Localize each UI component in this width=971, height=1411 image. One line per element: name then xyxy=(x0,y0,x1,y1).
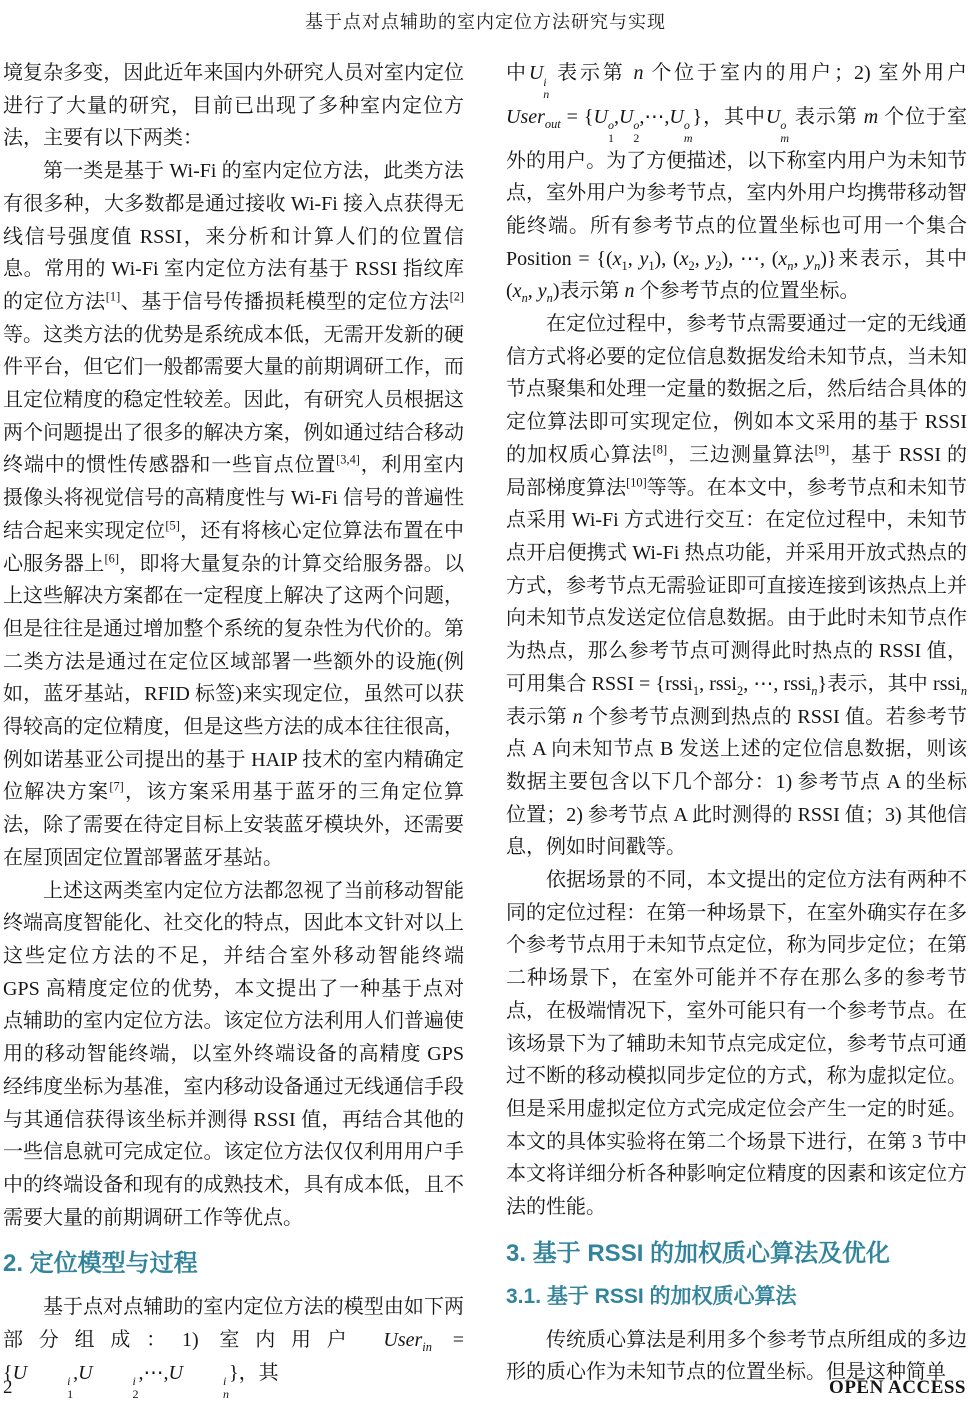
math-variable: m xyxy=(864,106,878,128)
section-heading: 3. 基于 RSSI 的加权质心算法及优化 xyxy=(506,1239,967,1269)
math-token: y2 xyxy=(706,248,721,270)
paragraph: 上述这两类室内定位方法都忽视了当前移动智能终端高度智能化、社交化的特点，因此本文… xyxy=(3,875,464,1235)
math-token: yn xyxy=(538,280,553,302)
math-token: x2 xyxy=(680,248,695,270)
citation-ref: [8] xyxy=(653,442,667,456)
math-token: Userin xyxy=(383,1329,432,1351)
paragraph: 基于点对点辅助的室内定位方法的模型由如下两部分组成：1) 室内用户 Userin… xyxy=(3,1291,464,1400)
math-token: xn xyxy=(513,280,528,302)
math-variable: n xyxy=(625,280,635,302)
math-token: rssi2 xyxy=(709,673,743,695)
math-token: Uin xyxy=(529,62,549,84)
left-column: 境复杂多变，因此近年来国内外研究人员对室内定位进行了大量的研究，目前已出现了多种… xyxy=(3,57,464,1401)
paragraph: 在定位过程中，参考节点需要通过一定的无线通信方式将必要的定位信息数据发给未知节点… xyxy=(506,308,967,864)
open-access-label: OPEN ACCESS xyxy=(829,1377,966,1399)
math-token: x1 xyxy=(613,248,628,270)
citation-ref: [10] xyxy=(626,475,647,489)
paragraph: 中Uin 表示第 n 个位于室内的用户；2) 室外用户 Userout = {U… xyxy=(506,57,967,308)
citation-ref: [5] xyxy=(165,518,179,532)
two-column-layout: 境复杂多变，因此近年来国内外研究人员对室内定位进行了大量的研究，目前已出现了多种… xyxy=(3,57,967,1401)
paragraph: 境复杂多变，因此近年来国内外研究人员对室内定位进行了大量的研究，目前已出现了多种… xyxy=(3,57,464,155)
citation-ref: [2] xyxy=(450,289,464,303)
section-heading: 2. 定位模型与过程 xyxy=(3,1249,464,1279)
math-token: xn xyxy=(778,248,793,270)
citation-ref: [6] xyxy=(105,551,119,565)
math-token: rssi1 xyxy=(665,673,699,695)
math-token: rssin xyxy=(933,673,967,695)
math-token: yn xyxy=(805,248,820,270)
math-token: Uom xyxy=(669,106,692,128)
paper-page: 基于点对点辅助的室内定位方法研究与实现 境复杂多变，因此近年来国内外研究人员对室… xyxy=(0,0,971,1411)
citation-ref: [7] xyxy=(109,780,123,794)
math-variable: n xyxy=(573,706,583,728)
math-variable: n xyxy=(633,62,643,84)
paragraph: 依据场景的不同，本文提出的定位方法有两种不同的定位过程：在第一种场景下，在室外确… xyxy=(506,864,967,1224)
math-token: Uom xyxy=(766,106,789,128)
math-token: Userout xyxy=(506,106,561,128)
math-token: Uin xyxy=(169,1362,229,1384)
section-heading: 3.1. 基于 RSSI 的加权质心算法 xyxy=(506,1283,967,1310)
math-token: rssin xyxy=(783,673,817,695)
math-token: Uo1 xyxy=(594,106,614,128)
citation-ref: [9] xyxy=(815,442,829,456)
paragraph: 第一类是基于 Wi-Fi 的室内定位方法，此类方法有很多种，大多数都是通过接收 … xyxy=(3,155,464,874)
citation-ref: [1] xyxy=(106,289,120,303)
math-token: Uo2 xyxy=(619,106,639,128)
right-column: 中Uin 表示第 n 个位于室内的用户；2) 室外用户 Userout = {U… xyxy=(506,57,967,1401)
math-token: y1 xyxy=(639,248,654,270)
page-number: 2 xyxy=(3,1377,13,1399)
running-head-title: 基于点对点辅助的室内定位方法研究与实现 xyxy=(0,8,971,34)
math-token: Ui2 xyxy=(78,1362,138,1384)
citation-ref: [3,4] xyxy=(336,453,360,467)
math-token: Ui1 xyxy=(13,1362,73,1384)
